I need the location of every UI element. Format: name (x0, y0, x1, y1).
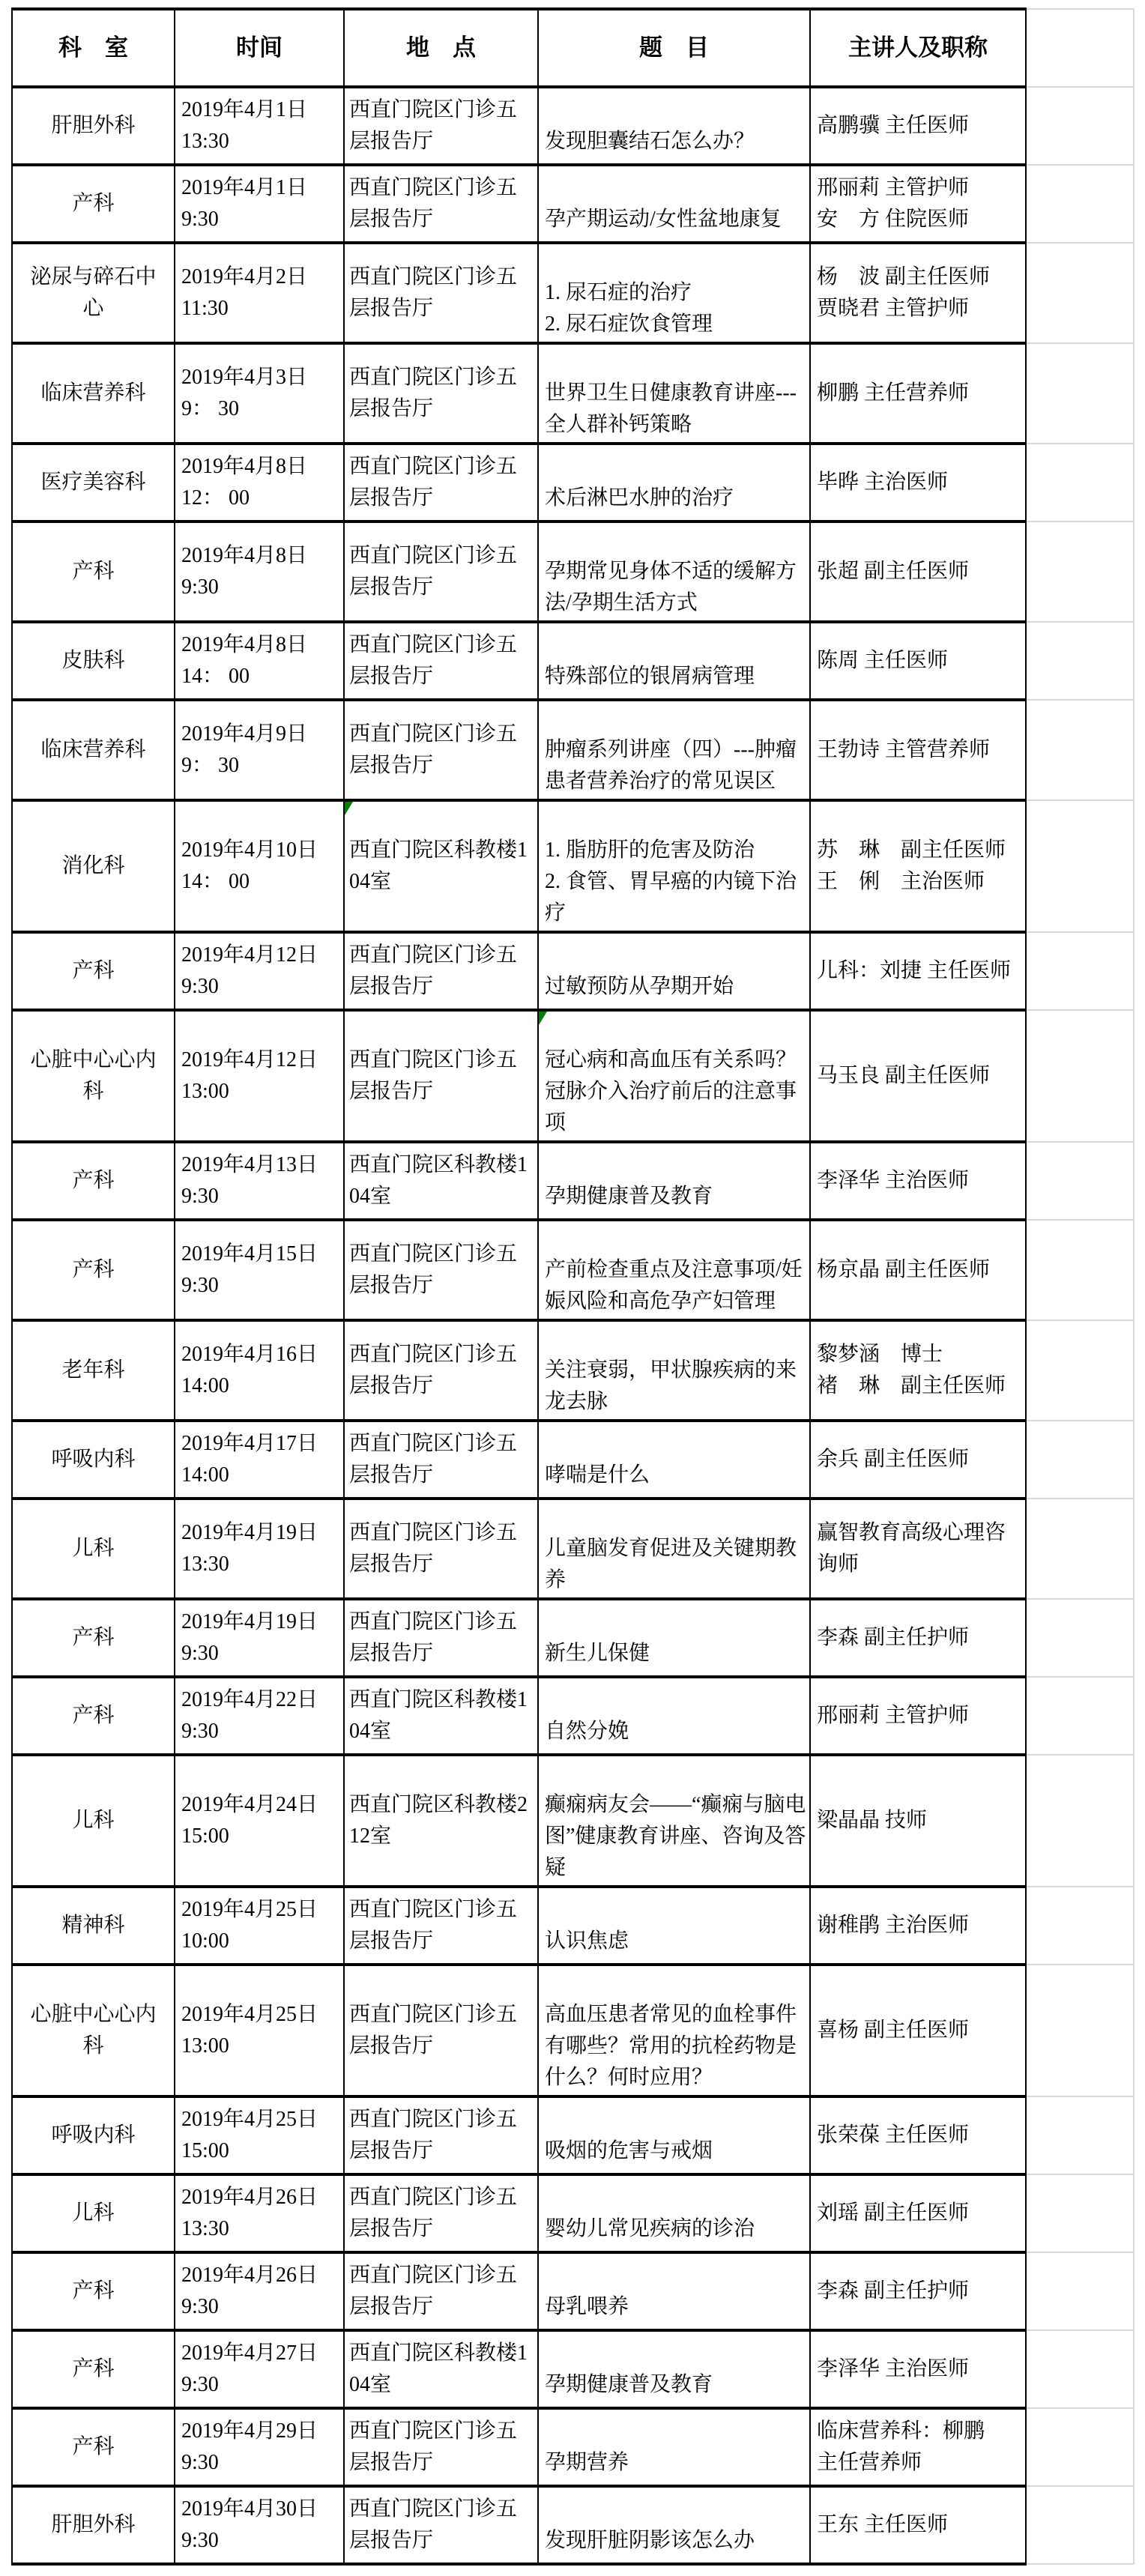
location-cell: 西直门院区门诊五层报告厅 (344, 243, 538, 343)
department-cell: 临床营养科 (12, 700, 175, 800)
time-text: 14:00 (181, 1460, 342, 1491)
department-cell: 医疗美容科 (12, 444, 175, 521)
topic-text: 肿瘤系列讲座（四）---肿瘤患者营养治疗的常见误区 (545, 738, 797, 793)
topic-text: 关注衰弱，甲状腺疾病的来龙去脉 (545, 1358, 797, 1413)
table-row: 产科 2019年4月12日 9:30 西直门院区门诊五层报告厅 过敏预防从孕期开… (12, 932, 1134, 1010)
date-text: 2019年4月25日 (181, 1894, 342, 1926)
time-text: 13:30 (181, 2213, 342, 2245)
location-text: 西直门院区门诊五层报告厅 (349, 1610, 517, 1665)
location-cell: 西直门院区门诊五层报告厅 (344, 444, 538, 521)
date-text: 2019年4月2日 (181, 261, 342, 293)
location-text: 西直门院区科教楼104室 (349, 1688, 528, 1743)
location-text: 西直门院区门诊五层报告厅 (349, 1242, 517, 1297)
date-text: 2019年4月8日 (181, 451, 342, 483)
location-text: 西直门院区门诊五层报告厅 (349, 1343, 517, 1397)
location-cell: 西直门院区门诊五层报告厅 (344, 1965, 538, 2096)
location-text: 西直门院区门诊五层报告厅 (349, 633, 517, 688)
topic-cell: 哮喘是什么 (538, 1421, 810, 1499)
empty-gutter-cell (1026, 1220, 1134, 1320)
time-text: 9： 30 (181, 750, 342, 781)
department-cell: 产科 (12, 2252, 175, 2330)
topic-text: 癫痫病友会——“癫痫与脑电图”健康教育讲座、咨询及答疑 (545, 1793, 806, 1879)
schedule-table: 科 室 时间 地 点 题 目 主讲人及职称 肝胆外科 2019年4月1日 13:… (11, 7, 1135, 2566)
topic-cell: 1. 脂肪肝的危害及防治 2. 食管、胃早癌的内镜下治疗 (538, 800, 810, 932)
time-text: 14： 00 (181, 661, 342, 692)
speaker-cell: 毕晔 主治医师 (810, 444, 1026, 521)
topic-text: 孕期健康普及教育 (545, 1185, 713, 1208)
department-cell: 消化科 (12, 800, 175, 932)
time-text: 9:30 (181, 2291, 342, 2323)
department-cell: 泌尿与碎石中心 (12, 243, 175, 343)
topic-text: 特殊部位的银屑病管理 (545, 665, 755, 688)
topic-text: 吸烟的危害与戒烟 (545, 2139, 713, 2162)
empty-gutter-cell (1026, 87, 1134, 165)
date-text: 2019年4月27日 (181, 2338, 342, 2369)
location-text: 西直门院区科教楼104室 (349, 1153, 528, 1208)
topic-text: 孕期营养 (545, 2451, 629, 2474)
department-cell: 产科 (12, 2330, 175, 2408)
location-cell: 西直门院区门诊五层报告厅 (344, 1887, 538, 1965)
datetime-cell: 2019年4月12日 13:00 (175, 1010, 344, 1142)
time-text: 13:00 (181, 2031, 342, 2062)
date-text: 2019年4月25日 (181, 2104, 342, 2135)
topic-cell: 孕产期运动/女性盆地康复 (538, 165, 810, 243)
datetime-cell: 2019年4月2日 11:30 (175, 243, 344, 343)
location-cell: 西直门院区门诊五层报告厅 (344, 2174, 538, 2252)
date-text: 2019年4月30日 (181, 2494, 342, 2525)
department-cell: 皮肤科 (12, 622, 175, 700)
empty-gutter-cell (1026, 343, 1134, 444)
date-text: 2019年4月3日 (181, 362, 342, 393)
schedule-table-body: 肝胆外科 2019年4月1日 13:30 西直门院区门诊五层报告厅 发现胆囊结石… (12, 87, 1134, 2564)
empty-gutter-cell (1026, 1421, 1134, 1499)
datetime-cell: 2019年4月8日 14： 00 (175, 622, 344, 700)
topic-text: 自然分娩 (545, 1720, 629, 1743)
speaker-cell: 刘瑶 副主任医师 (810, 2174, 1026, 2252)
table-row: 肝胆外科 2019年4月30日 9:30 西直门院区门诊五层报告厅 发现肝脏阴影… (12, 2486, 1134, 2564)
empty-gutter-cell (1026, 1887, 1134, 1965)
topic-text: 术后淋巴水肿的治疗 (545, 486, 734, 510)
topic-text: 孕产期运动/女性盆地康复 (545, 208, 782, 231)
location-cell: 西直门院区科教楼104室 (344, 2330, 538, 2408)
location-text: 西直门院区门诊五层报告厅 (349, 1048, 517, 1103)
speaker-cell: 杨京晶 副主任医师 (810, 1220, 1026, 1320)
table-row: 临床营养科 2019年4月3日 9： 30 西直门院区门诊五层报告厅 世界卫生日… (12, 343, 1134, 444)
topic-text: 1. 尿石症的治疗 2. 尿石症饮食管理 (545, 281, 713, 336)
table-row: 产科 2019年4月26日 9:30 西直门院区门诊五层报告厅 母乳喂养 李森 … (12, 2252, 1134, 2330)
empty-gutter-cell (1026, 1142, 1134, 1220)
department-cell: 产科 (12, 1142, 175, 1220)
time-text: 13:00 (181, 1076, 342, 1107)
date-text: 2019年4月1日 (181, 94, 342, 126)
topic-cell: 冠心病和高血压有关系吗？冠脉介入治疗前后的注意事项 (538, 1010, 810, 1142)
location-cell: 西直门院区科教楼212室 (344, 1755, 538, 1887)
topic-cell: 世界卫生日健康教育讲座---全人群补钙策略 (538, 343, 810, 444)
date-text: 2019年4月8日 (181, 540, 342, 572)
date-text: 2019年4月10日 (181, 835, 342, 866)
topic-text: 母乳喂养 (545, 2295, 629, 2318)
date-text: 2019年4月19日 (181, 1606, 342, 1638)
comment-marker-icon (539, 1012, 547, 1025)
location-cell: 西直门院区科教楼104室 (344, 1677, 538, 1755)
datetime-cell: 2019年4月26日 13:30 (175, 2174, 344, 2252)
location-cell: 西直门院区门诊五层报告厅 (344, 2486, 538, 2564)
time-text: 14： 00 (181, 866, 342, 898)
date-text: 2019年4月12日 (181, 940, 342, 971)
table-row: 产科 2019年4月29日 9:30 西直门院区门诊五层报告厅 孕期营养 临床营… (12, 2408, 1134, 2486)
speaker-cell: 杨 波 副主任医师 贾晓君 主管护师 (810, 243, 1026, 343)
datetime-cell: 2019年4月29日 9:30 (175, 2408, 344, 2486)
speaker-cell: 王东 主任医师 (810, 2486, 1026, 2564)
empty-gutter-cell (1026, 2330, 1134, 2408)
speaker-cell: 梁晶晶 技师 (810, 1755, 1026, 1887)
topic-cell: 新生儿保健 (538, 1599, 810, 1677)
topic-cell: 母乳喂养 (538, 2252, 810, 2330)
comment-marker-icon (345, 802, 353, 815)
department-cell: 产科 (12, 165, 175, 243)
empty-gutter-cell (1026, 165, 1134, 243)
datetime-cell: 2019年4月13日 9:30 (175, 1142, 344, 1220)
time-text: 9:30 (181, 572, 342, 603)
location-cell: 西直门院区门诊五层报告厅 (344, 622, 538, 700)
datetime-cell: 2019年4月15日 9:30 (175, 1220, 344, 1320)
topic-cell: 婴幼儿常见疾病的诊治 (538, 2174, 810, 2252)
empty-gutter-cell (1026, 9, 1134, 87)
location-text: 西直门院区门诊五层报告厅 (349, 98, 517, 153)
date-text: 2019年4月26日 (181, 2260, 342, 2291)
location-text: 西直门院区门诊五层报告厅 (349, 2003, 517, 2058)
table-row: 产科 2019年4月15日 9:30 西直门院区门诊五层报告厅 产前检查重点及注… (12, 1220, 1134, 1320)
datetime-cell: 2019年4月24日 15:00 (175, 1755, 344, 1887)
empty-gutter-cell (1026, 1965, 1134, 2096)
department-cell: 呼吸内科 (12, 1421, 175, 1499)
speaker-cell: 陈周 主任医师 (810, 622, 1026, 700)
speaker-cell: 柳鹏 主任营养师 (810, 343, 1026, 444)
date-text: 2019年4月9日 (181, 719, 342, 750)
speaker-cell: 余兵 副主任医师 (810, 1421, 1026, 1499)
date-text: 2019年4月1日 (181, 172, 342, 204)
date-text: 2019年4月13日 (181, 1149, 342, 1181)
department-cell: 产科 (12, 2408, 175, 2486)
topic-text: 1. 脂肪肝的危害及防治 2. 食管、胃早癌的内镜下治疗 (545, 838, 797, 925)
header-row: 科 室 时间 地 点 题 目 主讲人及职称 (12, 9, 1134, 87)
location-text: 西直门院区科教楼104室 (349, 2341, 528, 2396)
location-cell: 西直门院区门诊五层报告厅 (344, 2252, 538, 2330)
table-row: 肝胆外科 2019年4月1日 13:30 西直门院区门诊五层报告厅 发现胆囊结石… (12, 87, 1134, 165)
location-text: 西直门院区科教楼104室 (349, 838, 528, 893)
speaker-cell: 李泽华 主治医师 (810, 2330, 1026, 2408)
location-cell: 西直门院区门诊五层报告厅 (344, 1220, 538, 1320)
location-text: 西直门院区门诊五层报告厅 (349, 544, 517, 599)
datetime-cell: 2019年4月16日 14:00 (175, 1320, 344, 1421)
table-row: 产科 2019年4月27日 9:30 西直门院区科教楼104室 孕期健康普及教育… (12, 2330, 1134, 2408)
empty-gutter-cell (1026, 1320, 1134, 1421)
datetime-cell: 2019年4月25日 10:00 (175, 1887, 344, 1965)
date-text: 2019年4月17日 (181, 1428, 342, 1460)
table-row: 呼吸内科 2019年4月17日 14:00 西直门院区门诊五层报告厅 哮喘是什么… (12, 1421, 1134, 1499)
topic-text: 冠心病和高血压有关系吗？冠脉介入治疗前后的注意事项 (545, 1048, 797, 1134)
department-cell: 呼吸内科 (12, 2096, 175, 2174)
header-speaker: 主讲人及职称 (810, 9, 1026, 87)
location-cell: 西直门院区门诊五层报告厅 (344, 343, 538, 444)
table-row: 心脏中心心内科 2019年4月25日 13:00 西直门院区门诊五层报告厅 高血… (12, 1965, 1134, 2096)
datetime-cell: 2019年4月22日 9:30 (175, 1677, 344, 1755)
speaker-cell: 李森 副主任护师 (810, 2252, 1026, 2330)
location-cell: 西直门院区门诊五层报告厅 (344, 2408, 538, 2486)
empty-gutter-cell (1026, 622, 1134, 700)
speaker-cell: 喜杨 副主任医师 (810, 1965, 1026, 2096)
empty-gutter-cell (1026, 2252, 1134, 2330)
speaker-cell: 苏 琳 副主任医师 王 俐 主治医师 (810, 800, 1026, 932)
date-text: 2019年4月29日 (181, 2416, 342, 2447)
topic-cell: 自然分娩 (538, 1677, 810, 1755)
location-cell: 西直门院区科教楼104室 (344, 1142, 538, 1220)
time-text: 12： 00 (181, 483, 342, 514)
topic-text: 产前检查重点及注意事项/妊娠风险和高危孕产妇管理 (545, 1258, 803, 1313)
topic-cell: 孕期营养 (538, 2408, 810, 2486)
date-text: 2019年4月26日 (181, 2182, 342, 2213)
table-row: 消化科 2019年4月10日 14： 00 西直门院区科教楼104室 1. 脂肪… (12, 800, 1134, 932)
speaker-cell: 张超 副主任医师 (810, 521, 1026, 622)
time-text: 9:30 (181, 2369, 342, 2401)
date-text: 2019年4月16日 (181, 1339, 342, 1370)
department-cell: 儿科 (12, 2174, 175, 2252)
empty-gutter-cell (1026, 1010, 1134, 1142)
date-text: 2019年4月25日 (181, 1999, 342, 2031)
datetime-cell: 2019年4月8日 12： 00 (175, 444, 344, 521)
time-text: 13:30 (181, 1549, 342, 1580)
location-text: 西直门院区门诊五层报告厅 (349, 2497, 517, 2552)
datetime-cell: 2019年4月30日 9:30 (175, 2486, 344, 2564)
empty-gutter-cell (1026, 2096, 1134, 2174)
speaker-cell: 张荣葆 主任医师 (810, 2096, 1026, 2174)
table-row: 皮肤科 2019年4月8日 14： 00 西直门院区门诊五层报告厅 特殊部位的银… (12, 622, 1134, 700)
time-text: 9:30 (181, 1716, 342, 1747)
speaker-cell: 赢智教育高级心理咨询师 (810, 1499, 1026, 1599)
topic-cell: 产前检查重点及注意事项/妊娠风险和高危孕产妇管理 (538, 1220, 810, 1320)
empty-gutter-cell (1026, 1499, 1134, 1599)
department-cell: 产科 (12, 1599, 175, 1677)
datetime-cell: 2019年4月19日 13:30 (175, 1499, 344, 1599)
date-text: 2019年4月19日 (181, 1517, 342, 1549)
empty-gutter-cell (1026, 243, 1134, 343)
date-text: 2019年4月15日 (181, 1239, 342, 1270)
datetime-cell: 2019年4月8日 9:30 (175, 521, 344, 622)
location-cell: 西直门院区门诊五层报告厅 (344, 1499, 538, 1599)
time-text: 15:00 (181, 2135, 342, 2167)
department-cell: 肝胆外科 (12, 2486, 175, 2564)
header-department: 科 室 (12, 9, 175, 87)
datetime-cell: 2019年4月17日 14:00 (175, 1421, 344, 1499)
department-cell: 心脏中心心内科 (12, 1965, 175, 2096)
speaker-cell: 黎梦涵 博士 褚 琳 副主任医师 (810, 1320, 1026, 1421)
department-cell: 产科 (12, 932, 175, 1010)
empty-gutter-cell (1026, 932, 1134, 1010)
topic-text: 孕期健康普及教育 (545, 2373, 713, 2396)
topic-cell: 认识焦虑 (538, 1887, 810, 1965)
topic-cell: 癫痫病友会——“癫痫与脑电图”健康教育讲座、咨询及答疑 (538, 1755, 810, 1887)
topic-cell: 儿童脑发育促进及关键期教养 (538, 1499, 810, 1599)
empty-gutter-cell (1026, 1677, 1134, 1755)
datetime-cell: 2019年4月9日 9： 30 (175, 700, 344, 800)
table-row: 产科 2019年4月1日 9:30 西直门院区门诊五层报告厅 孕产期运动/女性盆… (12, 165, 1134, 243)
department-cell: 心脏中心心内科 (12, 1010, 175, 1142)
datetime-cell: 2019年4月3日 9： 30 (175, 343, 344, 444)
header-location: 地 点 (344, 9, 538, 87)
speaker-cell: 高鹏骥 主任医师 (810, 87, 1026, 165)
location-cell: 西直门院区门诊五层报告厅 (344, 1010, 538, 1142)
datetime-cell: 2019年4月25日 13:00 (175, 1965, 344, 2096)
empty-gutter-cell (1026, 700, 1134, 800)
location-text: 西直门院区门诊五层报告厅 (349, 176, 517, 231)
time-text: 14:00 (181, 1370, 342, 1402)
location-cell: 西直门院区门诊五层报告厅 (344, 1421, 538, 1499)
topic-cell: 关注衰弱，甲状腺疾病的来龙去脉 (538, 1320, 810, 1421)
location-text: 西直门院区门诊五层报告厅 (349, 1432, 517, 1487)
table-row: 产科 2019年4月13日 9:30 西直门院区科教楼104室 孕期健康普及教育… (12, 1142, 1134, 1220)
location-text: 西直门院区门诊五层报告厅 (349, 2186, 517, 2240)
table-row: 医疗美容科 2019年4月8日 12： 00 西直门院区门诊五层报告厅 术后淋巴… (12, 444, 1134, 521)
department-cell: 产科 (12, 521, 175, 622)
topic-text: 认识焦虑 (545, 1929, 629, 1953)
location-text: 西直门院区门诊五层报告厅 (349, 943, 517, 998)
datetime-cell: 2019年4月1日 9:30 (175, 165, 344, 243)
table-row: 老年科 2019年4月16日 14:00 西直门院区门诊五层报告厅 关注衰弱，甲… (12, 1320, 1134, 1421)
topic-cell: 术后淋巴水肿的治疗 (538, 444, 810, 521)
location-text: 西直门院区门诊五层报告厅 (349, 1521, 517, 1576)
topic-text: 孕期常见身体不适的缓解方法/孕期生活方式 (545, 560, 797, 614)
location-text: 西直门院区门诊五层报告厅 (349, 2419, 517, 2474)
location-cell: 西直门院区门诊五层报告厅 (344, 165, 538, 243)
topic-cell: 孕期常见身体不适的缓解方法/孕期生活方式 (538, 521, 810, 622)
speaker-cell: 李泽华 主治医师 (810, 1142, 1026, 1220)
time-text: 9： 30 (181, 393, 342, 425)
location-text: 西直门院区门诊五层报告厅 (349, 1898, 517, 1953)
location-cell: 西直门院区门诊五层报告厅 (344, 1599, 538, 1677)
speaker-cell: 王勃诗 主管营养师 (810, 700, 1026, 800)
topic-text: 世界卫生日健康教育讲座---全人群补钙策略 (545, 381, 797, 436)
location-text: 西直门院区科教楼212室 (349, 1793, 528, 1848)
time-text: 13:30 (181, 126, 342, 157)
department-cell: 精神科 (12, 1887, 175, 1965)
topic-text: 高血压患者常见的血栓事件有哪些？常用的抗栓药物是什么？何时应用？ (545, 2003, 797, 2089)
topic-text: 婴幼儿常见疾病的诊治 (545, 2217, 755, 2240)
time-text: 9:30 (181, 2447, 342, 2479)
location-text: 西直门院区门诊五层报告厅 (349, 722, 517, 777)
empty-gutter-cell (1026, 444, 1134, 521)
topic-text: 过敏预防从孕期开始 (545, 975, 734, 998)
time-text: 9:30 (181, 2525, 342, 2557)
table-row: 呼吸内科 2019年4月25日 15:00 西直门院区门诊五层报告厅 吸烟的危害… (12, 2096, 1134, 2174)
datetime-cell: 2019年4月19日 9:30 (175, 1599, 344, 1677)
topic-cell: 孕期健康普及教育 (538, 1142, 810, 1220)
department-cell: 儿科 (12, 1499, 175, 1599)
table-row: 心脏中心心内科 2019年4月12日 13:00 西直门院区门诊五层报告厅 冠心… (12, 1010, 1134, 1142)
empty-gutter-cell (1026, 800, 1134, 932)
speaker-cell: 临床营养科：柳鹏 主任营养师 (810, 2408, 1026, 2486)
time-text: 15:00 (181, 1821, 342, 1852)
department-cell: 老年科 (12, 1320, 175, 1421)
empty-gutter-cell (1026, 2408, 1134, 2486)
datetime-cell: 2019年4月10日 14： 00 (175, 800, 344, 932)
time-text: 9:30 (181, 1181, 342, 1212)
topic-cell: 特殊部位的银屑病管理 (538, 622, 810, 700)
table-row: 儿科 2019年4月19日 13:30 西直门院区门诊五层报告厅 儿童脑发育促进… (12, 1499, 1134, 1599)
speaker-cell: 谢稚鹃 主治医师 (810, 1887, 1026, 1965)
speaker-cell: 儿科：刘捷 主任医师 (810, 932, 1026, 1010)
empty-gutter-cell (1026, 2174, 1134, 2252)
time-text: 11:30 (181, 293, 342, 324)
table-row: 产科 2019年4月19日 9:30 西直门院区门诊五层报告厅 新生儿保健 李森… (12, 1599, 1134, 1677)
date-text: 2019年4月8日 (181, 629, 342, 661)
topic-cell: 高血压患者常见的血栓事件有哪些？常用的抗栓药物是什么？何时应用？ (538, 1965, 810, 2096)
table-row: 产科 2019年4月22日 9:30 西直门院区科教楼104室 自然分娩 邢丽莉… (12, 1677, 1134, 1755)
speaker-cell: 邢丽莉 主管护师 (810, 1677, 1026, 1755)
department-cell: 临床营养科 (12, 343, 175, 444)
table-row: 儿科 2019年4月26日 13:30 西直门院区门诊五层报告厅 婴幼儿常见疾病… (12, 2174, 1134, 2252)
speaker-cell: 马玉良 副主任医师 (810, 1010, 1026, 1142)
topic-text: 新生儿保健 (545, 1642, 650, 1665)
topic-cell: 发现胆囊结石怎么办？ (538, 87, 810, 165)
time-text: 9:30 (181, 1270, 342, 1301)
time-text: 9:30 (181, 1638, 342, 1669)
date-text: 2019年4月24日 (181, 1789, 342, 1821)
location-text: 西直门院区门诊五层报告厅 (349, 2108, 517, 2162)
time-text: 10:00 (181, 1926, 342, 1957)
table-row: 临床营养科 2019年4月9日 9： 30 西直门院区门诊五层报告厅 肿瘤系列讲… (12, 700, 1134, 800)
location-text: 西直门院区门诊五层报告厅 (349, 366, 517, 420)
datetime-cell: 2019年4月26日 9:30 (175, 2252, 344, 2330)
location-cell: 西直门院区门诊五层报告厅 (344, 2096, 538, 2174)
date-text: 2019年4月12日 (181, 1044, 342, 1076)
department-cell: 肝胆外科 (12, 87, 175, 165)
table-row: 精神科 2019年4月25日 10:00 西直门院区门诊五层报告厅 认识焦虑 谢… (12, 1887, 1134, 1965)
table-row: 泌尿与碎石中心 2019年4月2日 11:30 西直门院区门诊五层报告厅 1. … (12, 243, 1134, 343)
header-time: 时间 (175, 9, 344, 87)
lecture-schedule-sheet: 科 室 时间 地 点 题 目 主讲人及职称 肝胆外科 2019年4月1日 13:… (11, 7, 1133, 2566)
header-topic: 题 目 (538, 9, 810, 87)
datetime-cell: 2019年4月12日 9:30 (175, 932, 344, 1010)
location-cell: 西直门院区门诊五层报告厅 (344, 700, 538, 800)
topic-cell: 孕期健康普及教育 (538, 2330, 810, 2408)
department-cell: 儿科 (12, 1755, 175, 1887)
location-text: 西直门院区门诊五层报告厅 (349, 265, 517, 320)
time-text: 9:30 (181, 204, 342, 235)
topic-cell: 发现肝脏阴影该怎么办 (538, 2486, 810, 2564)
topic-text: 发现肝脏阴影该怎么办 (545, 2529, 755, 2552)
location-cell: 西直门院区门诊五层报告厅 (344, 932, 538, 1010)
topic-cell: 肿瘤系列讲座（四）---肿瘤患者营养治疗的常见误区 (538, 700, 810, 800)
empty-gutter-cell (1026, 1599, 1134, 1677)
empty-gutter-cell (1026, 521, 1134, 622)
topic-text: 儿童脑发育促进及关键期教养 (545, 1537, 797, 1591)
location-cell: 西直门院区门诊五层报告厅 (344, 87, 538, 165)
topic-text: 哮喘是什么 (545, 1463, 650, 1487)
table-row: 产科 2019年4月8日 9:30 西直门院区门诊五层报告厅 孕期常见身体不适的… (12, 521, 1134, 622)
topic-text: 发现胆囊结石怎么办？ (545, 130, 755, 153)
date-text: 2019年4月22日 (181, 1684, 342, 1716)
table-row: 儿科 2019年4月24日 15:00 西直门院区科教楼212室 癫痫病友会——… (12, 1755, 1134, 1887)
datetime-cell: 2019年4月1日 13:30 (175, 87, 344, 165)
topic-cell: 过敏预防从孕期开始 (538, 932, 810, 1010)
department-cell: 产科 (12, 1677, 175, 1755)
datetime-cell: 2019年4月25日 15:00 (175, 2096, 344, 2174)
location-text: 西直门院区门诊五层报告厅 (349, 2264, 517, 2318)
topic-cell: 1. 尿石症的治疗 2. 尿石症饮食管理 (538, 243, 810, 343)
location-cell: 西直门院区科教楼104室 (344, 800, 538, 932)
empty-gutter-cell (1026, 2486, 1134, 2564)
location-cell: 西直门院区门诊五层报告厅 (344, 521, 538, 622)
